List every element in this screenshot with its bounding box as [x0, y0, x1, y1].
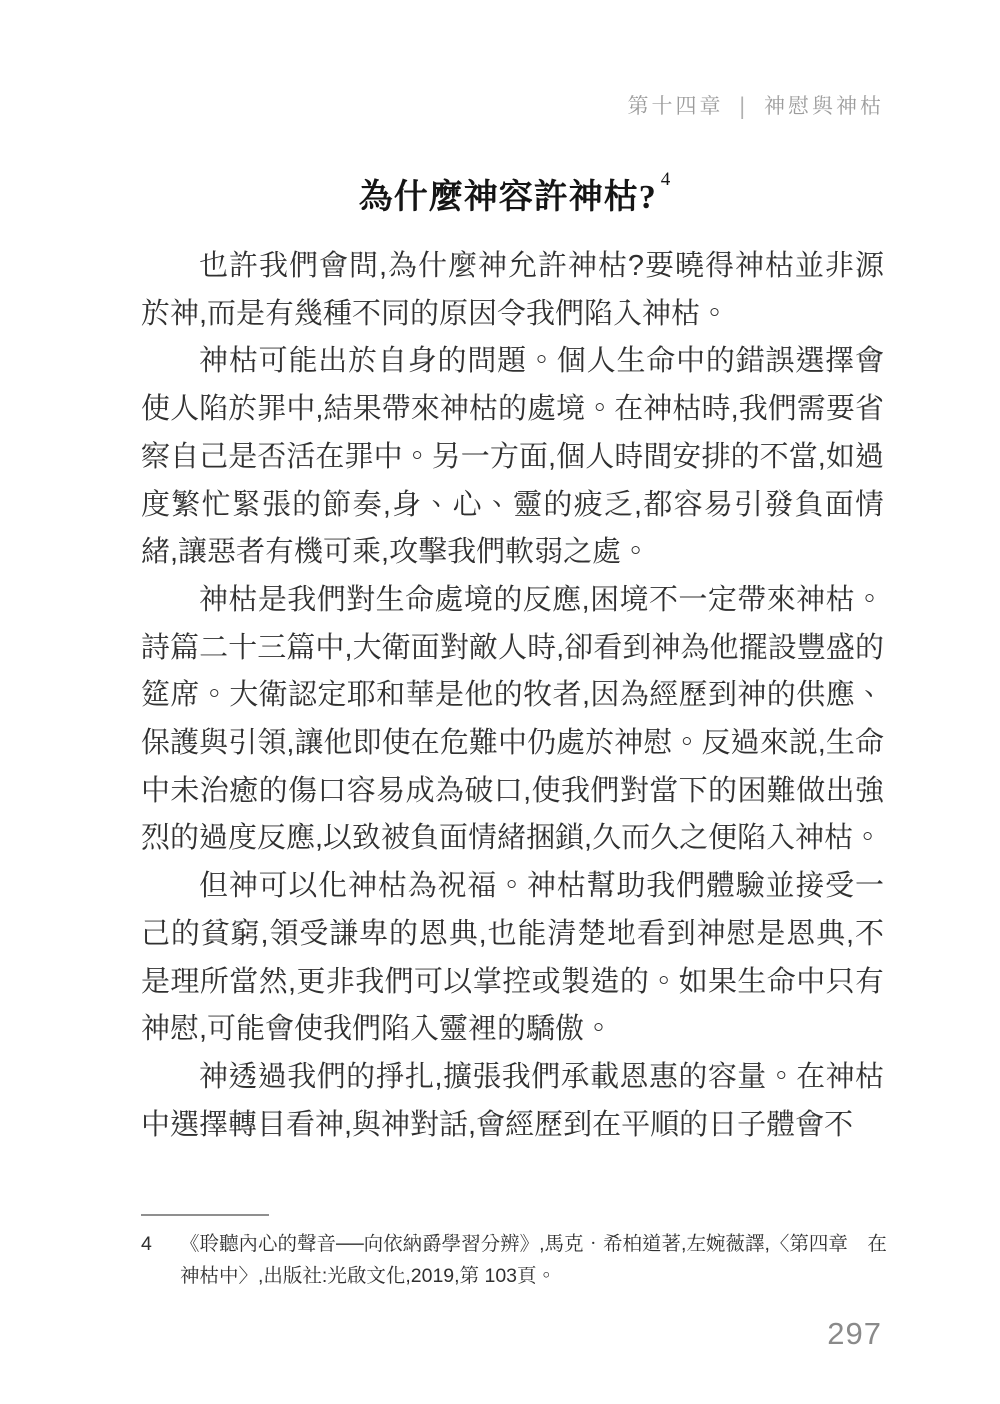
section-title: 為什麼神容許神枯?4 [141, 178, 884, 219]
footnote-number: 4 [141, 1228, 180, 1292]
footnote-reference-marker: 4 [661, 169, 671, 190]
footnote-divider [141, 1214, 269, 1216]
paragraph-4: 但神可以化神枯為祝福。神枯幫助我們體驗並接受一己的貧窮,領受謙卑的恩典,也能清楚… [141, 863, 884, 1054]
paragraph-1: 也許我們會問,為什麼神允許神枯?要曉得神枯並非源於神,而是有幾種不同的原因令我們… [141, 243, 884, 338]
paragraph-2: 神枯可能出於自身的問題。個人生命中的錯誤選擇會使人陷於罪中,結果帶來神枯的處境。… [141, 338, 884, 577]
footnote-line: 神枯中〉,出版社:光啟文化,2019,第 103頁。 [180, 1260, 889, 1292]
book-page: 第十四章|神慰與神枯 為什麼神容許神枯?4 也許我們會問,為什麼神允許神枯?要曉… [0, 0, 1000, 1404]
footnote-text: 《聆聽內心的聲音──向依納爵學習分辨》,馬克‧希柏道著,左婉薇譯,〈第四章 在 … [180, 1228, 889, 1292]
running-header: 第十四章|神慰與神枯 [628, 90, 884, 120]
running-header-chapter: 第十四章 [628, 95, 724, 118]
footnote: 4 《聆聽內心的聲音──向依納爵學習分辨》,馬克‧希柏道著,左婉薇譯,〈第四章 … [141, 1228, 889, 1292]
page-number: 297 [827, 1316, 882, 1352]
paragraph-5: 神透過我們的掙扎,擴張我們承載恩惠的容量。在神枯中選擇轉目看神,與神對話,會經歷… [141, 1054, 884, 1149]
body-text: 也許我們會問,為什麼神允許神枯?要曉得神枯並非源於神,而是有幾種不同的原因令我們… [141, 243, 884, 1149]
running-header-divider: | [740, 93, 748, 121]
footnote-line: 《聆聽內心的聲音──向依納爵學習分辨》,馬克‧希柏道著,左婉薇譯,〈第四章 在 [180, 1228, 889, 1260]
paragraph-3: 神枯是我們對生命處境的反應,困境不一定帶來神枯。詩篇二十三篇中,大衛面對敵人時,… [141, 577, 884, 863]
section-title-text: 為什麼神容許神枯? [359, 179, 657, 216]
running-header-section: 神慰與神枯 [764, 95, 884, 118]
